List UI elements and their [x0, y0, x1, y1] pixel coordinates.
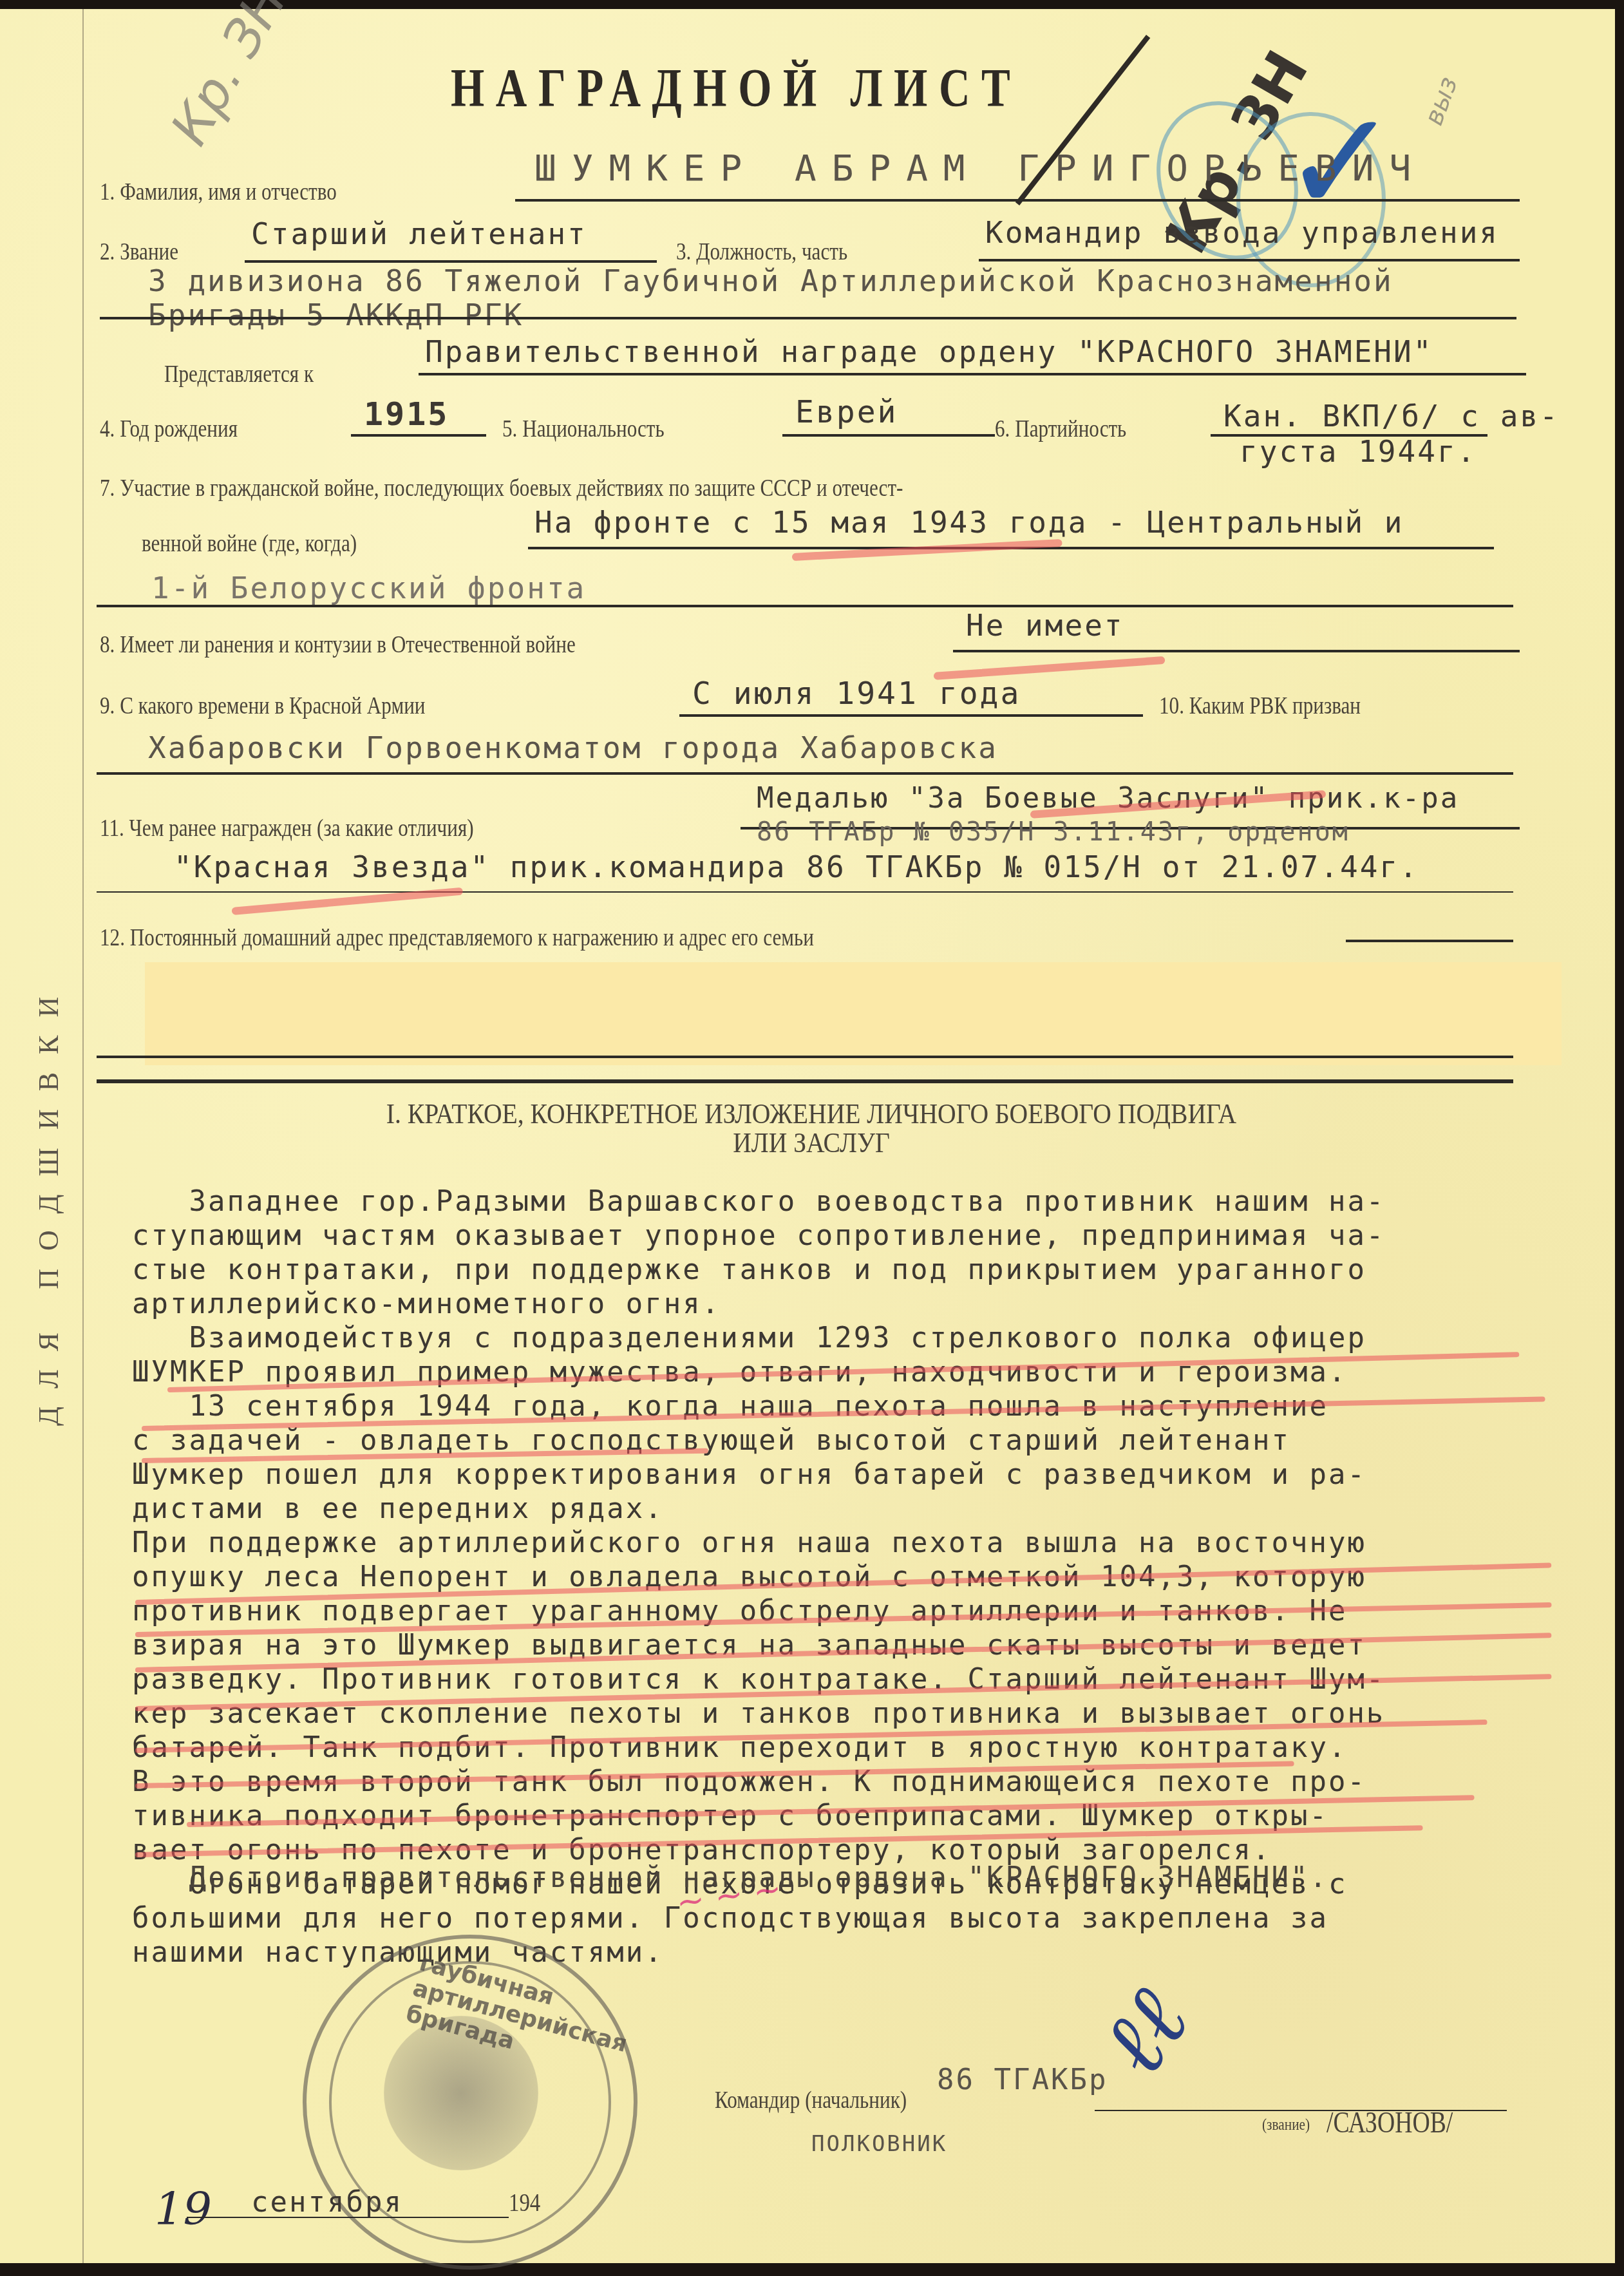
field-nationality-line: [782, 434, 995, 437]
date-month: сентября: [251, 2186, 403, 2219]
field-address-line: [1346, 940, 1513, 942]
rank-caption: (звание): [1262, 2115, 1310, 2134]
field-position-line: [979, 259, 1520, 261]
narrative-line: нашими наступающими частями.: [132, 1935, 1385, 1969]
award-sheet: ДЛЯ ПОДШИВКИ Кр. ЗН Кр. ЗН ✓ выз НАГРАДН…: [0, 9, 1615, 2263]
narrative-line: Шумкер пошел для корректирования огня ба…: [132, 1457, 1385, 1492]
narrative-line: дистами в ее передних рядах.: [132, 1492, 1385, 1526]
section-heading-2: ИЛИ ЗАСЛУГ: [290, 1126, 1333, 1159]
field-nationality-value: Еврей: [795, 394, 898, 430]
field-army-since-value: С июля 1941 года: [692, 676, 1021, 712]
separator-line: [97, 1056, 1513, 1058]
field-prior-awards-value-3: "Красная Звезда" прик.командира 86 ТГАКБ…: [174, 849, 1419, 884]
field-rank-label: 2. Звание: [100, 238, 178, 266]
field-rvk-label: 10. Каким РВК призван: [1159, 692, 1361, 720]
field-prior-awards-value-2: 86 ТГАБр № 035/Н 3.11.43г, орденом: [757, 817, 1350, 847]
commander-unit: 86 ТГАКБр: [937, 2063, 1108, 2096]
section-heading-1: I. КРАТКОЕ, КОНКРЕТНОЕ ИЗЛОЖЕНИЕ ЛИЧНОГО…: [290, 1097, 1333, 1130]
field-war-value-1: На фронте с 15 мая 1943 года - Центральн…: [534, 505, 1404, 540]
binding-margin-label: ДЛЯ ПОДШИВКИ: [32, 846, 65, 1426]
field-name-line: [515, 199, 1520, 202]
field-position-label: 3. Должность, часть: [676, 238, 847, 266]
field-address-label: 12. Постоянный домашний адрес представля…: [100, 924, 814, 952]
narrative-line: стые контратаки, при поддержке танков и …: [132, 1253, 1385, 1287]
field-award-line: [419, 373, 1526, 375]
field-prior-awards-line-2: [97, 891, 1513, 893]
field-war-label-2: венной войне (где, когда): [142, 529, 357, 558]
field-position-value-3: Бригады 5 АККдП РГК: [148, 298, 524, 332]
document-title: НАГРАДНОЙ ЛИСТ: [451, 57, 1021, 120]
field-party-value-2: густа 1944г.: [1240, 434, 1477, 469]
narrative-line: Западнее гор.Радзыми Варшавского воеводс…: [132, 1184, 1385, 1219]
field-rvk-line: [97, 772, 1513, 775]
field-position-line-2: [100, 317, 1516, 319]
field-war-line-2: [97, 605, 1513, 607]
field-rank-line: [245, 260, 657, 263]
field-party-value-1: Кан. ВКП/б/ с ав-: [1223, 399, 1560, 433]
commander-rank: ПОЛКОВНИК: [811, 2131, 947, 2157]
field-name-label: 1. Фамилия, имя и отчество: [100, 178, 337, 206]
separator-double-line: [97, 1079, 1513, 1083]
date-line: [187, 2217, 509, 2218]
address-redacted-area: [145, 962, 1562, 1065]
pencil-note-small: выз: [1419, 73, 1464, 129]
field-wounds-value: Не имеет: [966, 608, 1124, 643]
field-war-value-2: 1-й Белорусский фронта: [151, 571, 586, 605]
narrative-line: При поддержке артиллерийского огня наша …: [132, 1526, 1385, 1560]
field-wounds-label: 8. Имеет ли ранения и контузии в Отечест…: [100, 631, 576, 659]
date-day: 19: [155, 2183, 212, 2235]
narrative-line: артиллерийско-минометного огня.: [132, 1287, 1385, 1321]
narrative-line: ступающим частям оказывает упорное сопро…: [132, 1219, 1385, 1253]
field-birth-year-line: [351, 434, 486, 437]
date-year: 194: [509, 2187, 540, 2217]
commander-surname: /САЗОНОВ/: [1327, 2105, 1453, 2139]
binding-margin-rule: [82, 9, 84, 2263]
field-wounds-line: [953, 650, 1520, 652]
field-prior-awards-label: 11. Чем ранее награжден (за какие отличи…: [100, 814, 474, 842]
field-army-since-label: 9. С какого времени в Красной Армии: [100, 692, 425, 720]
commander-label: Командир (начальник): [715, 2086, 907, 2114]
field-rvk-value: Хабаровски Горвоенкоматом города Хабаров…: [148, 730, 998, 765]
field-position-value-1: Командир взвода управления: [985, 215, 1499, 250]
field-war-label-1: 7. Участие в гражданской войне, последую…: [100, 474, 903, 502]
field-nationality-label: 5. Национальность: [502, 415, 665, 443]
field-rank-value: Старший лейтенант: [251, 216, 587, 251]
pencil-annotation-left: Кр. ЗН: [159, 0, 297, 155]
narrative-line: Взаимодействуя с подразделениями 1293 ст…: [132, 1321, 1385, 1355]
field-award-label: Представляется к: [164, 360, 314, 388]
field-birth-year-label: 4. Год рождения: [100, 415, 238, 443]
field-birth-year-value: 1915: [364, 395, 449, 433]
red-underline: [792, 539, 1062, 561]
unit-seal-stamp: гаубичная артиллерийская бригада: [303, 1935, 637, 2270]
field-name-value: ШУМКЕР АБРАМ ГРИГОРЬЕВИЧ: [534, 147, 1426, 189]
field-party-label: 6. Партийность: [995, 415, 1126, 443]
field-award-value: Правительственной награде ордену "КРАСНО…: [425, 334, 1433, 369]
field-position-value-2: 3 дивизиона 86 Тяжелой Гаубичной Артилле…: [148, 263, 1393, 298]
narrative-line: с задачей - овладеть господствующей высо…: [132, 1423, 1385, 1457]
field-army-since-line: [679, 714, 1143, 717]
